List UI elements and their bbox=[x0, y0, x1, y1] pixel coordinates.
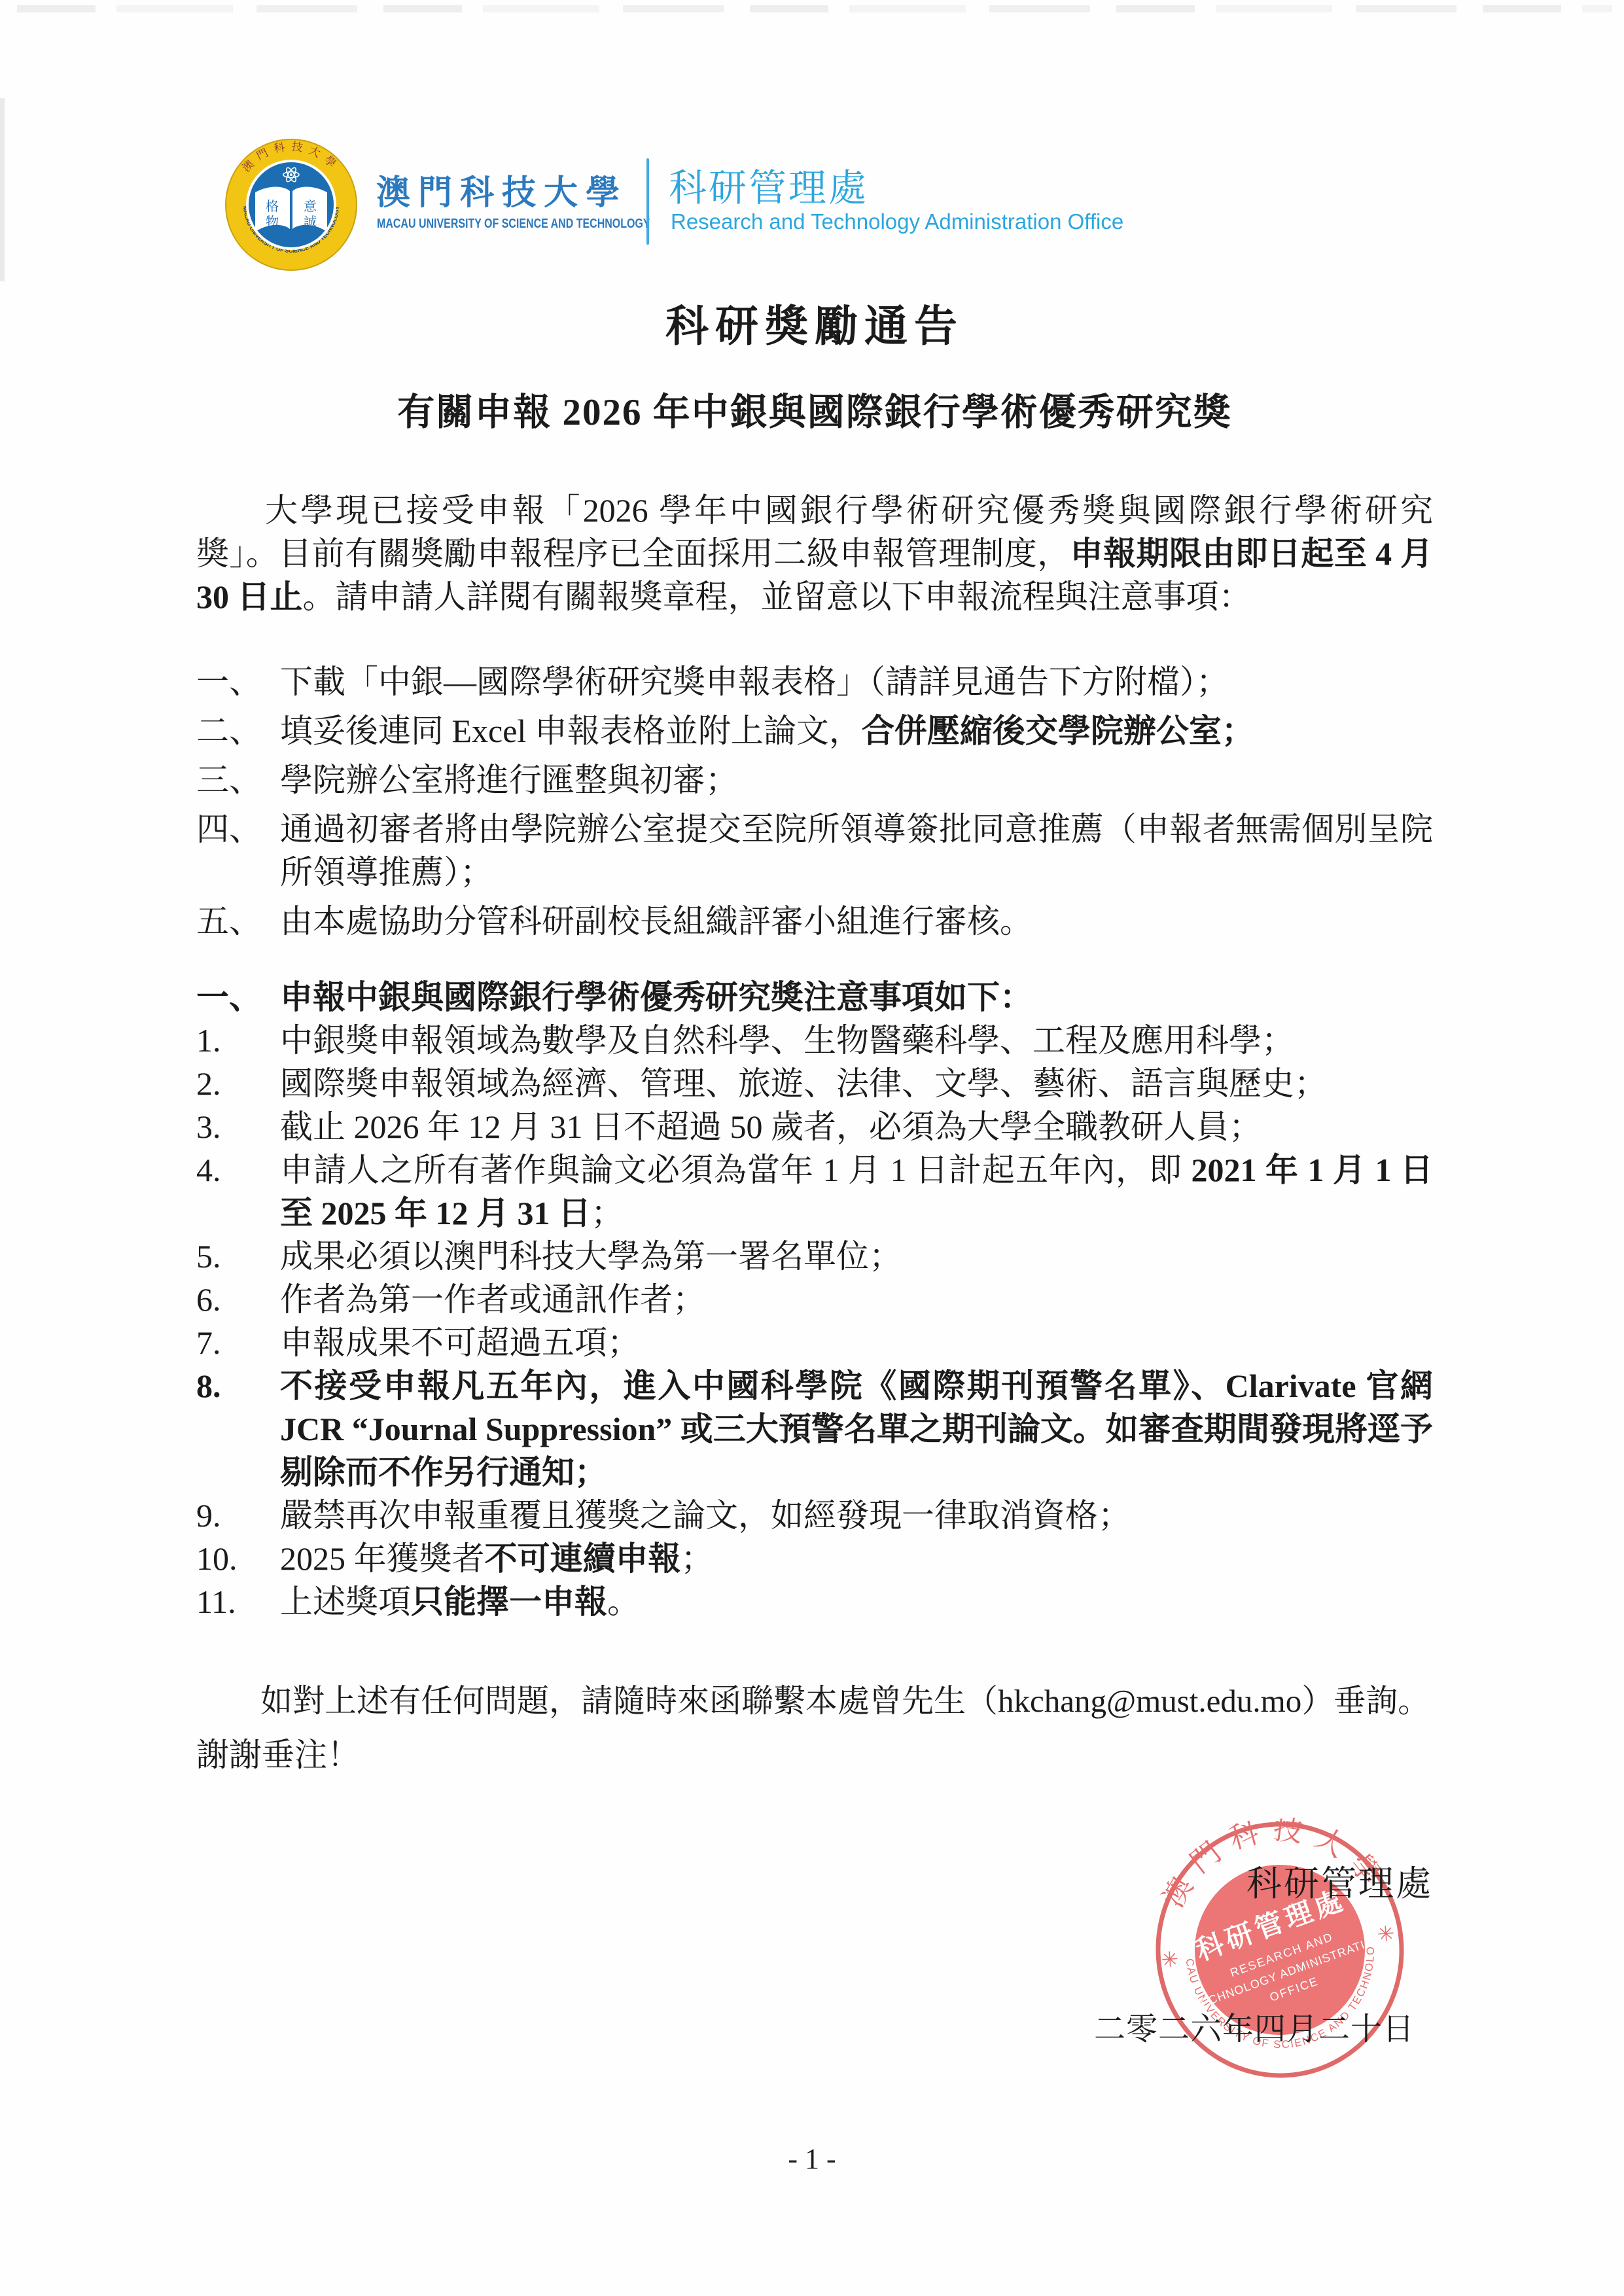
must-logo-icon: 澳門科技大學 MACAU UNIVERSITY OF SCIENCE AND T… bbox=[224, 137, 359, 272]
item-text: 成果必須以澳門科技大學為第一署名單位； bbox=[280, 1235, 1433, 1278]
item-marker: 1. bbox=[196, 1019, 280, 1062]
university-name-zh: 澳門科技大學 bbox=[376, 165, 627, 214]
office-name-zh: 科研管理處 bbox=[669, 157, 868, 212]
process-list-item: 五、 由本處協助分管科研副校長組織評審小組進行審核。 bbox=[196, 900, 1433, 943]
item-marker: 10. bbox=[196, 1537, 280, 1580]
item-text: 由本處協助分管科研副校長組織評審小組進行審核。 bbox=[280, 900, 1433, 943]
process-list: 一、 下載「中銀—國際學術研究獎申報表格」（請詳見通告下方附檔）； 二、 填妥後… bbox=[196, 660, 1433, 943]
document-page: 澳門科技大學 MACAU UNIVERSITY OF SCIENCE AND T… bbox=[0, 0, 1624, 2296]
process-list-item: 一、 下載「中銀—國際學術研究獎申報表格」（請詳見通告下方附檔）； bbox=[196, 660, 1433, 703]
header-divider bbox=[646, 158, 649, 245]
notes-list-item: 8. 不接受申報凡五年內，進入中國科學院《國際期刊預警名單》、Clarivate… bbox=[196, 1364, 1433, 1494]
item-text: 作者為第一作者或通訊作者； bbox=[280, 1278, 1433, 1321]
item-marker: 7. bbox=[196, 1321, 280, 1364]
thanks-line: 謝謝垂注！ bbox=[196, 1733, 1433, 1776]
scan-artifact-left bbox=[0, 98, 5, 281]
notes-list-item: 5. 成果必須以澳門科技大學為第一署名單位； bbox=[196, 1235, 1433, 1278]
process-list-item: 三、 學院辦公室將進行匯整與初審； bbox=[196, 758, 1433, 802]
notes-list-item: 6. 作者為第一作者或通訊作者； bbox=[196, 1278, 1433, 1321]
scan-artifact-top bbox=[17, 5, 1612, 12]
item-text: 申報成果不可超過五項； bbox=[280, 1321, 1433, 1364]
office-name-en: Research and Technology Administration O… bbox=[671, 209, 1123, 234]
notes-section-header: 一、 申報中銀與國際銀行學術優秀研究獎注意事項如下： bbox=[196, 976, 1433, 1019]
notes-list-item: 4. 申請人之所有著作與論文必須為當年 1 月 1 日計起五年內，即 2021 … bbox=[196, 1148, 1433, 1235]
page-number: - 1 - bbox=[0, 2141, 1624, 2178]
item-marker: 二、 bbox=[196, 709, 280, 752]
closing-paragraph: 如對上述有任何問題，請隨時來函聯繫本處曾先生（hkchang@must.edu.… bbox=[196, 1680, 1433, 1723]
item-text: 通過初審者將由學院辦公室提交至院所領導簽批同意推薦（申報者無需個別呈院所領導推薦… bbox=[280, 807, 1433, 894]
section-marker: 一、 bbox=[196, 976, 280, 1019]
item-marker: 四、 bbox=[196, 807, 280, 894]
item-text: 2025 年獲獎者不可連續申報； bbox=[280, 1537, 1433, 1580]
item-text: 中銀獎申報領域為數學及自然科學、生物醫藥科學、工程及應用科學； bbox=[280, 1019, 1433, 1062]
notes-list-item: 1. 中銀獎申報領域為數學及自然科學、生物醫藥科學、工程及應用科學； bbox=[196, 1019, 1433, 1062]
item-marker: 三、 bbox=[196, 758, 280, 802]
stamp-asterisk-icon: ✳ bbox=[1160, 1947, 1179, 1972]
notes-list-item: 10. 2025 年獲獎者不可連續申報； bbox=[196, 1537, 1433, 1580]
notice-title: 科研獎勵通告 bbox=[196, 298, 1433, 357]
notes-list: 1. 中銀獎申報領域為數學及自然科學、生物醫藥科學、工程及應用科學； 2. 國際… bbox=[196, 1019, 1433, 1623]
notes-list-item: 9. 嚴禁再次申報重覆且獲獎之論文，如經發現一律取消資格； bbox=[196, 1494, 1433, 1537]
book-char: 意 bbox=[304, 199, 317, 214]
notice-body: 科研獎勵通告 有關申報 2026 年中銀與國際銀行學術優秀研究獎 大學現已接受申… bbox=[196, 298, 1433, 1776]
item-marker: 6. bbox=[196, 1278, 280, 1321]
university-name-en: MACAU UNIVERSITY OF SCIENCE AND TECHNOLO… bbox=[377, 216, 650, 232]
item-text: 不接受申報凡五年內，進入中國科學院《國際期刊預警名單》、Clarivate 官網… bbox=[280, 1364, 1433, 1494]
book-char: 誠 bbox=[304, 215, 317, 230]
item-marker: 8. bbox=[196, 1364, 280, 1494]
section-title: 申報中銀與國際銀行學術優秀研究獎注意事項如下： bbox=[280, 976, 1433, 1019]
intro-paragraph: 大學現已接受申報「2026 學年中國銀行學術研究優秀獎與國際銀行學術研究獎」。目… bbox=[196, 489, 1433, 618]
item-marker: 5. bbox=[196, 1235, 280, 1278]
notice-subtitle: 有關申報 2026 年中銀與國際銀行學術優秀研究獎 bbox=[196, 389, 1433, 436]
book-char: 格 bbox=[266, 199, 279, 214]
item-marker: 4. bbox=[196, 1148, 280, 1235]
item-marker: 3. bbox=[196, 1105, 280, 1148]
item-text: 嚴禁再次申報重覆且獲獎之論文，如經發現一律取消資格； bbox=[280, 1494, 1433, 1537]
item-text: 填妥後連同 Excel 申報表格並附上論文，合併壓縮後交學院辦公室； bbox=[280, 709, 1433, 752]
notes-list-item: 11. 上述獎項只能擇一申報。 bbox=[196, 1580, 1433, 1623]
notes-list-item: 3. 截止 2026 年 12 月 31 日不超過 50 歲者，必須為大學全職教… bbox=[196, 1105, 1433, 1148]
notes-list-item: 7. 申報成果不可超過五項； bbox=[196, 1321, 1433, 1364]
item-text: 學院辦公室將進行匯整與初審； bbox=[280, 758, 1433, 802]
signature-office-label: 科研管理處 bbox=[1246, 1856, 1433, 1906]
book-char: 物 bbox=[266, 215, 279, 230]
item-marker: 11. bbox=[196, 1580, 280, 1623]
signature-date: 二零二六年四月二十日 bbox=[1094, 2004, 1415, 2049]
item-marker: 9. bbox=[196, 1494, 280, 1537]
item-text: 下載「中銀—國際學術研究獎申報表格」（請詳見通告下方附檔）； bbox=[280, 660, 1433, 703]
item-text: 國際獎申報領域為經濟、管理、旅遊、法律、文學、藝術、語言與歷史； bbox=[280, 1062, 1433, 1105]
item-text: 申請人之所有著作與論文必須為當年 1 月 1 日計起五年內，即 2021 年 1… bbox=[280, 1148, 1433, 1235]
notes-list-item: 2. 國際獎申報領域為經濟、管理、旅遊、法律、文學、藝術、語言與歷史； bbox=[196, 1062, 1433, 1105]
item-text: 上述獎項只能擇一申報。 bbox=[280, 1580, 1433, 1623]
item-text: 截止 2026 年 12 月 31 日不超過 50 歲者，必須為大學全職教研人員… bbox=[280, 1105, 1433, 1148]
process-list-item: 二、 填妥後連同 Excel 申報表格並附上論文，合併壓縮後交學院辦公室； bbox=[196, 709, 1433, 752]
item-marker: 2. bbox=[196, 1062, 280, 1105]
item-marker: 一、 bbox=[196, 660, 280, 703]
item-marker: 五、 bbox=[196, 900, 280, 943]
process-list-item: 四、 通過初審者將由學院辦公室提交至院所領導簽批同意推薦（申報者無需個別呈院所領… bbox=[196, 807, 1433, 894]
